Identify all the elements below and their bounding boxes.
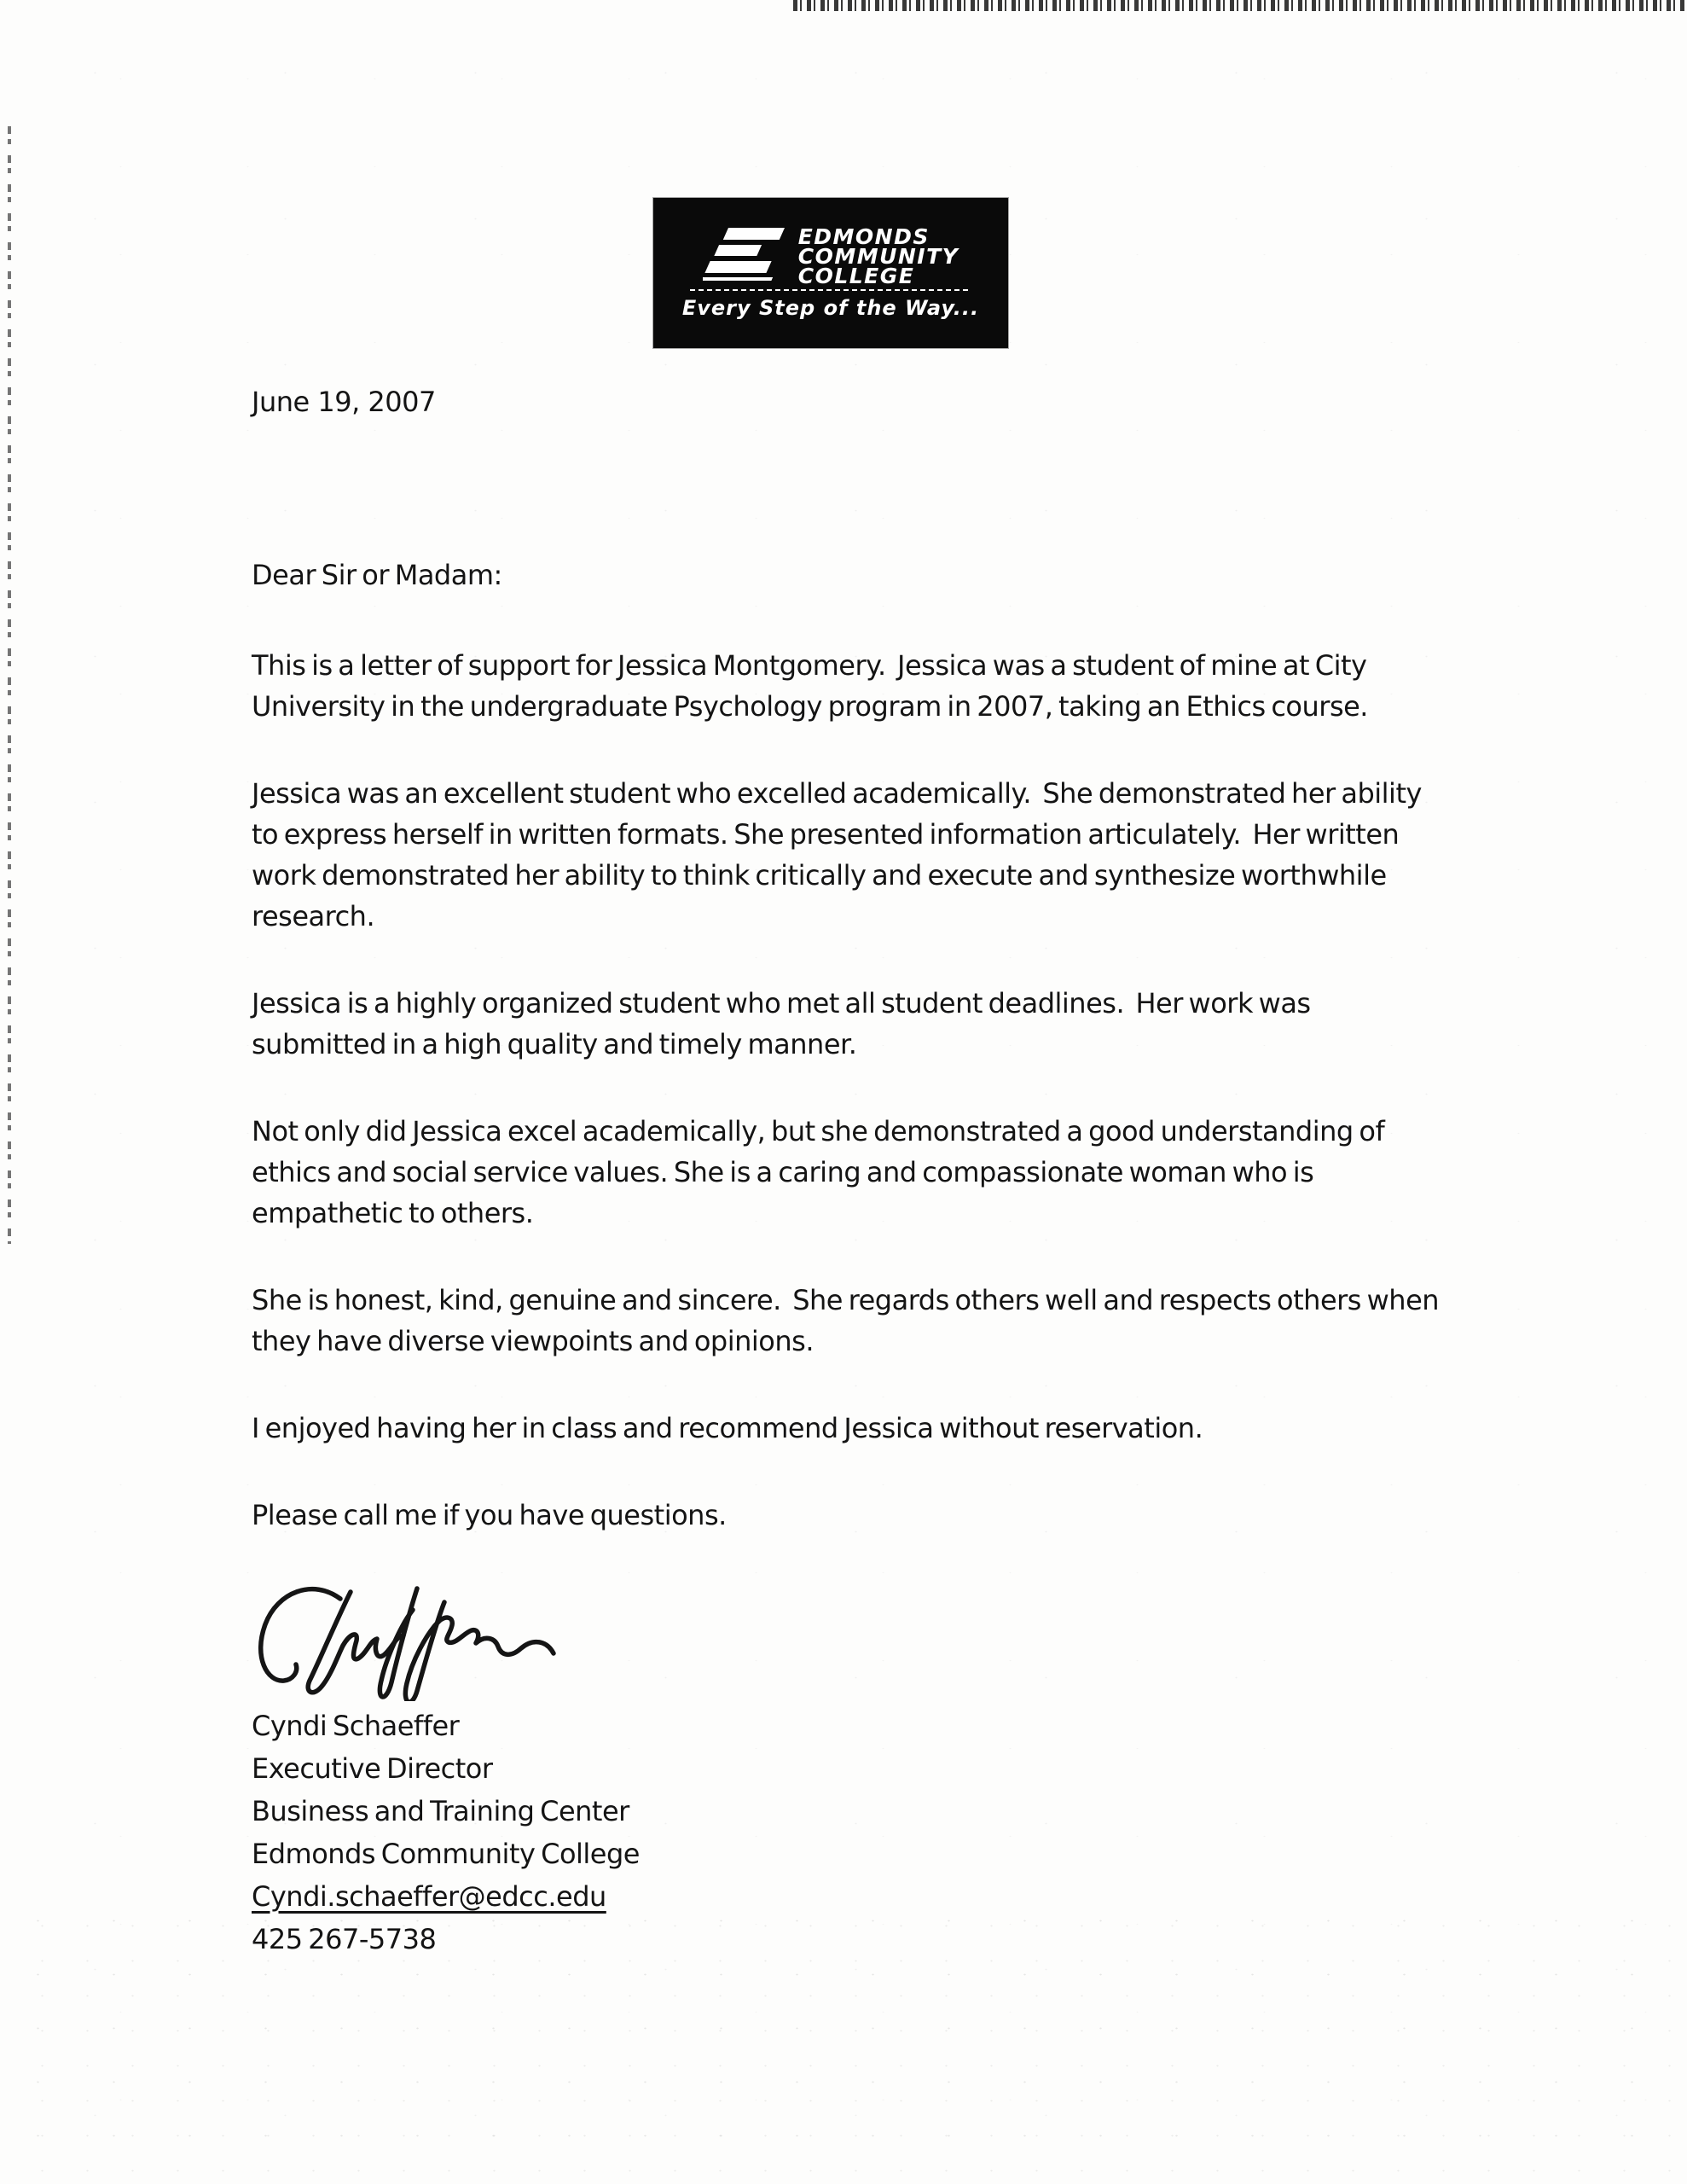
letter-paragraph: She is honest, kind, genuine and sincere… (252, 1280, 1450, 1362)
signer-phone: 425 267-5738 (252, 1918, 1450, 1960)
college-logo: EDMONDS COMMUNITY COLLEGE Every Step of … (653, 198, 1008, 348)
letter-paragraph: Please call me if you have questions. (252, 1495, 1450, 1536)
signature-block: Cyndi Schaeffer Executive Director Busin… (252, 1705, 1450, 1960)
signature-image (245, 1582, 562, 1701)
signer-department: Business and Training Center (252, 1790, 1450, 1833)
signer-email: Cyndi.schaeffer@edcc.edu (252, 1875, 1450, 1918)
letter-body: Dear Sir or Madam: This is a letter of s… (252, 555, 1450, 1960)
scanner-edge-artifact-left (8, 126, 11, 1244)
signer-name: Cyndi Schaeffer (252, 1705, 1450, 1747)
letter-paragraph: Jessica was an excellent student who exc… (252, 773, 1450, 937)
letter-paragraph: This is a letter of support for Jessica … (252, 645, 1450, 727)
letter-paragraph: Not only did Jessica excel academically,… (252, 1111, 1450, 1234)
college-logo-e-icon (703, 228, 791, 284)
letter-paragraph: Jessica is a highly organized student wh… (252, 983, 1450, 1065)
scanned-letter-page: EDMONDS COMMUNITY COLLEGE Every Step of … (0, 0, 1687, 2184)
logo-line: COLLEGE (798, 266, 959, 286)
logo-divider (690, 289, 971, 291)
signer-title: Executive Director (252, 1747, 1450, 1790)
scanner-edge-artifact-top (793, 0, 1687, 11)
letter-date: June 19, 2007 (252, 386, 436, 418)
logo-tagline: Every Step of the Way... (682, 296, 979, 320)
signer-organization: Edmonds Community College (252, 1833, 1450, 1875)
letter-paragraph: I enjoyed having her in class and recomm… (252, 1408, 1450, 1449)
college-logo-wordmark: EDMONDS COMMUNITY COLLEGE (798, 227, 959, 286)
salutation: Dear Sir or Madam: (252, 555, 1450, 595)
